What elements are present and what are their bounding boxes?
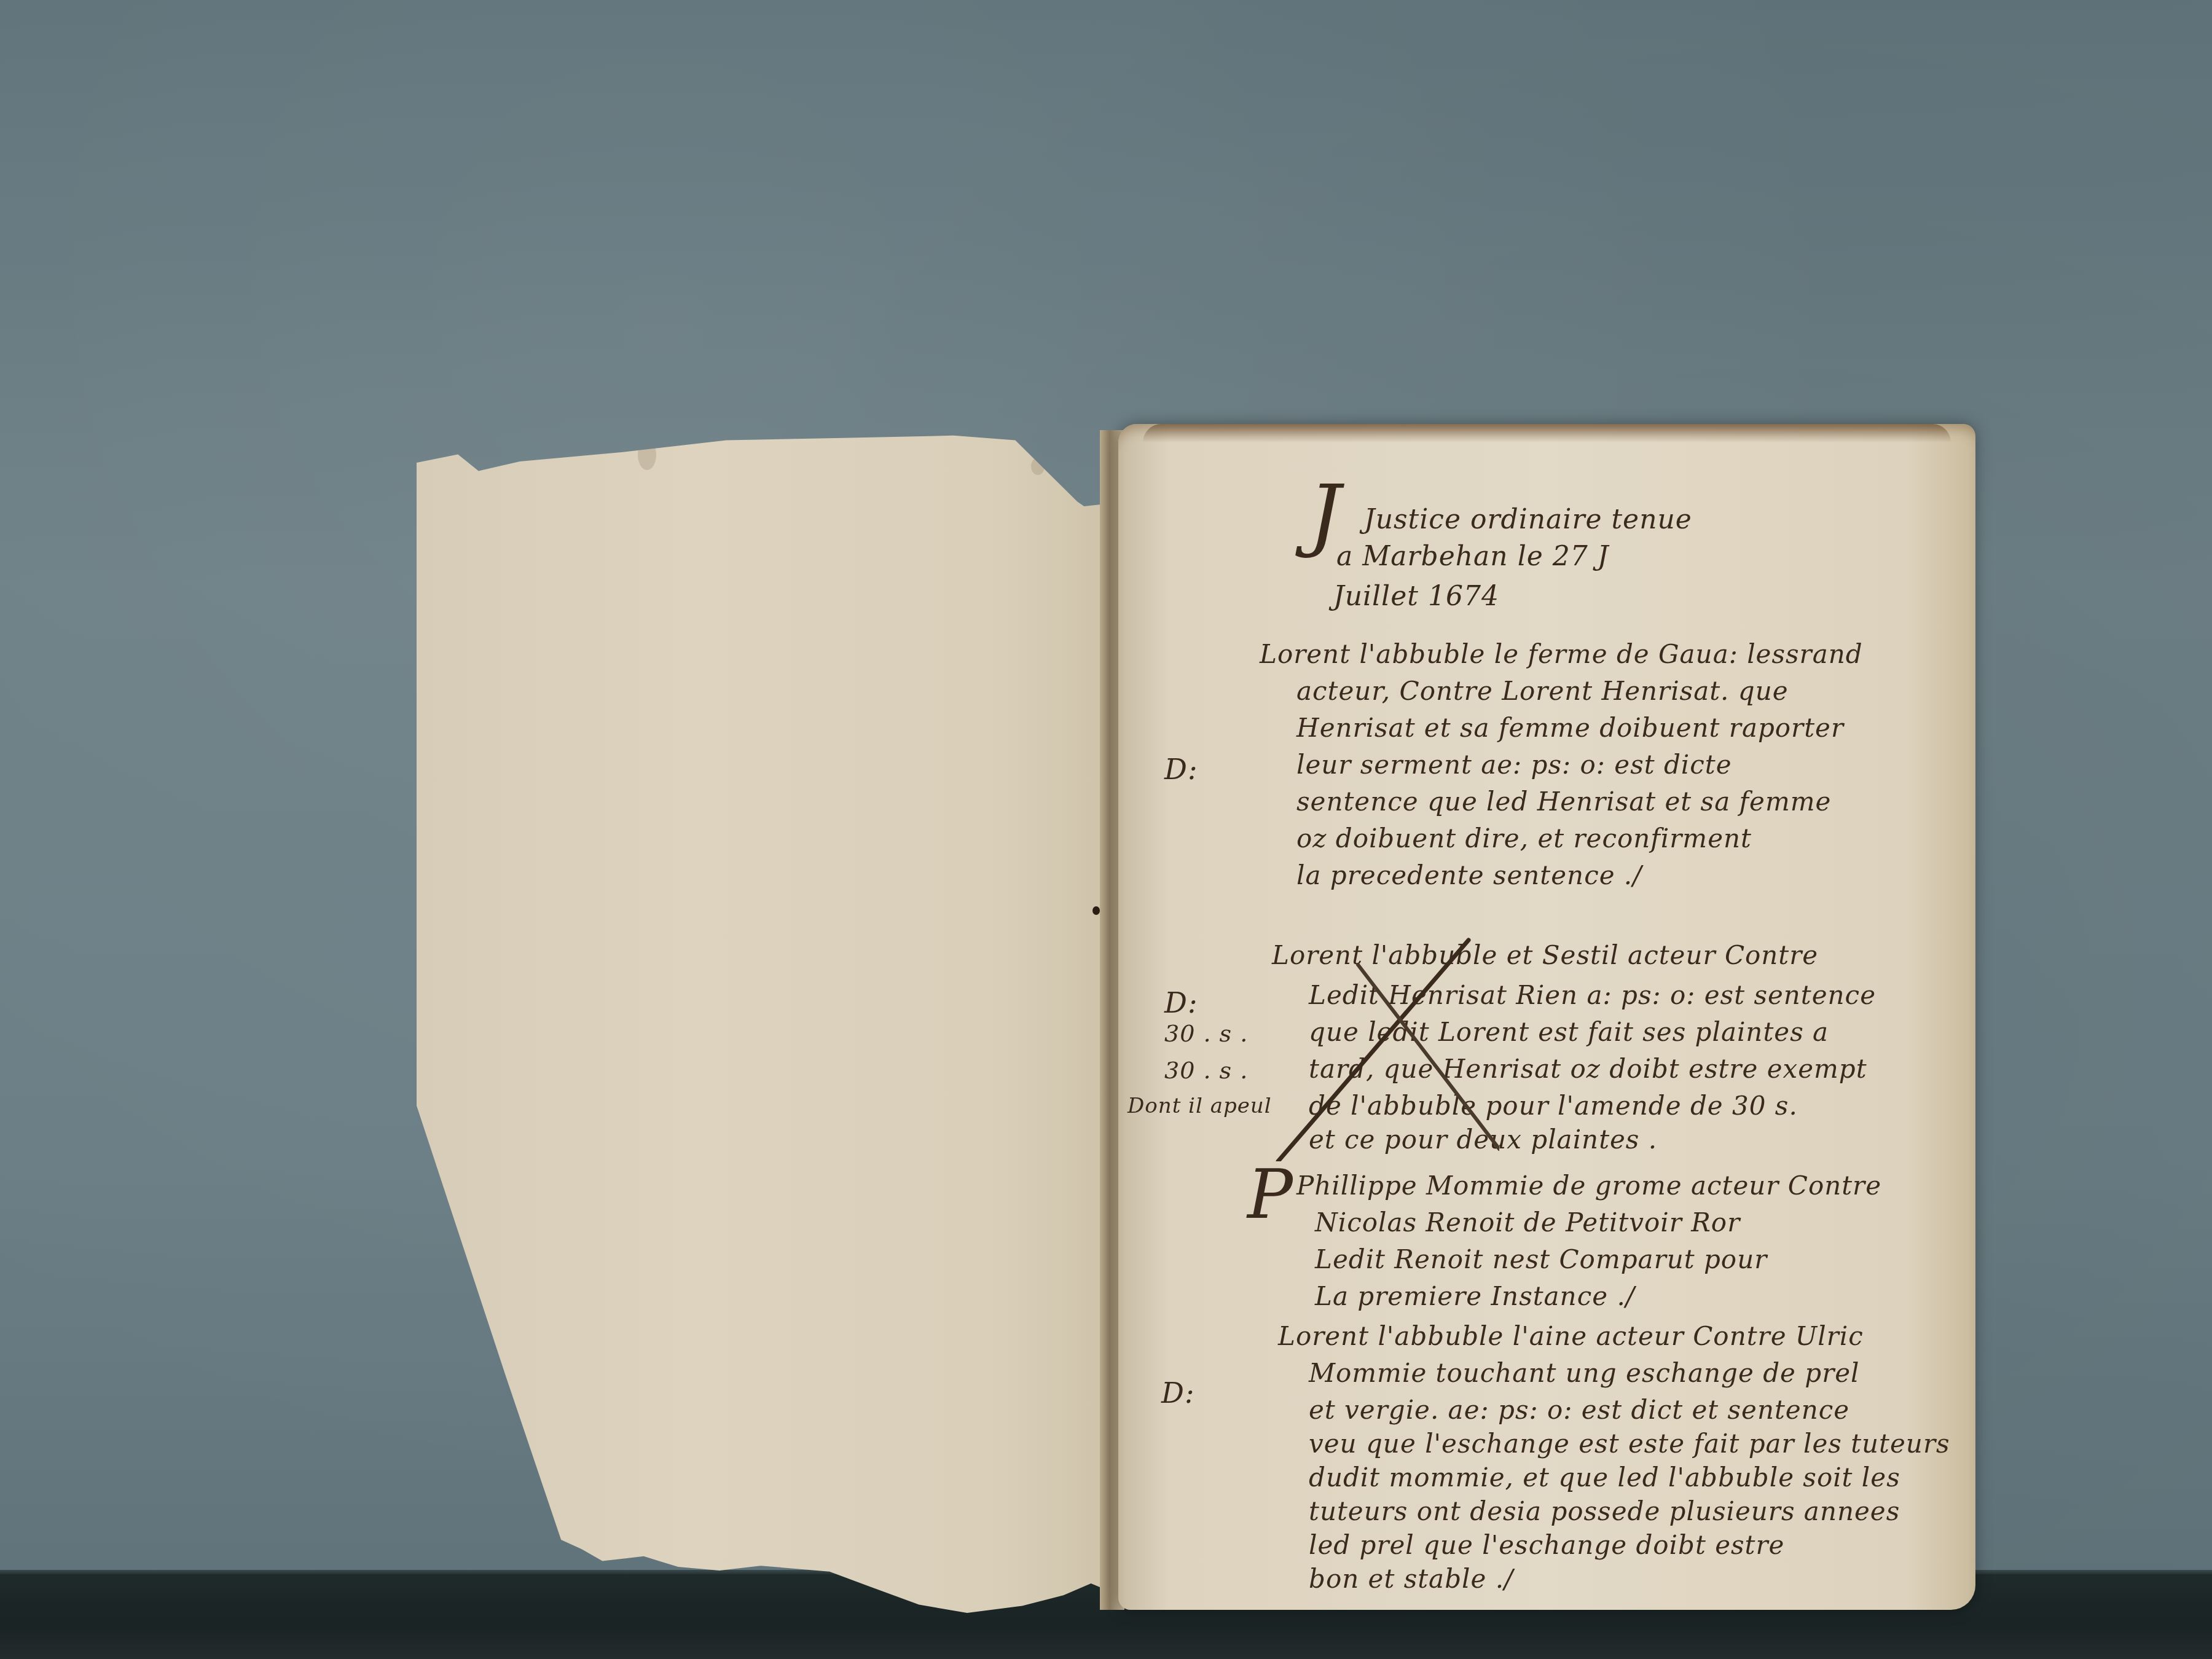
entry-2-line: tard, que Henrisat oz doibt estre exempt: [1309, 1054, 1867, 1084]
entry-1-margin-note: D:: [1164, 753, 1198, 786]
entry-1-line: oz doibuent dire, et reconfirment: [1296, 823, 1752, 853]
entry-4-line: Mommie touchant ung eschange de prel: [1309, 1358, 1860, 1388]
entry-3-line: Phillippe Mommie de grome acteur Contre: [1296, 1171, 1881, 1201]
entry-1-line: Henrisat et sa femme doibuent raporter: [1296, 713, 1844, 743]
entry-4-line: led prel que l'eschange doibt estre: [1309, 1530, 1784, 1560]
entry-4-line: bon et stable ./: [1309, 1564, 1513, 1594]
entry-4-margin-note: D:: [1161, 1376, 1194, 1410]
entry-3-initial: P: [1247, 1155, 1293, 1234]
entry-2-line: Lorent l'abbuble et Sestil acteur Contre: [1272, 940, 1818, 970]
entry-2-line: que ledit Lorent est fait ses plaintes a: [1309, 1017, 1829, 1047]
entry-1-line: sentence que led Henrisat et sa femme: [1296, 786, 1831, 817]
entry-2-line: et ce pour deux plaintes .: [1309, 1124, 1657, 1155]
entry-4-line: et vergie. ae: ps: o: est dict et senten…: [1309, 1395, 1849, 1425]
worm-hole: [1092, 906, 1100, 915]
entry-3-line: La premiere Instance ./: [1315, 1281, 1635, 1311]
heading-line-1: Justice ordinaire tenue: [1364, 504, 1692, 535]
entry-4-line: Lorent l'abbuble l'aine acteur Contre Ul…: [1278, 1321, 1864, 1351]
entry-1-line: Lorent l'abbuble le ferme de Gaua: lessr…: [1260, 639, 1863, 669]
entry-1-line: la precedente sentence ./: [1296, 860, 1642, 890]
entry-2-margin-fine-2: 30 . s .: [1164, 1057, 1248, 1084]
entry-4-line: tuteurs ont desia possede plusieurs anne…: [1309, 1496, 1900, 1526]
entry-2-margin-fine-1: 30 . s .: [1164, 1020, 1248, 1047]
heading-line-2: a Marbehan le 27 J: [1336, 541, 1609, 572]
entry-1-line: leur serment ae: ps: o: est dicte: [1296, 750, 1732, 780]
entry-2-line: de l'abbuble pour l'amende de 30 s.: [1309, 1091, 1798, 1121]
entry-4-line: dudit mommie, et que led l'abbuble soit …: [1309, 1462, 1900, 1492]
entry-2-margin-d: D:: [1164, 986, 1198, 1019]
entry-2-margin-appeal: Dont il apeul: [1128, 1094, 1272, 1118]
page-top-stain: [1143, 424, 1951, 442]
heading-line-3: Juillet 1674: [1333, 581, 1499, 612]
entry-3-line: Nicolas Renoit de Petitvoir Ror: [1315, 1207, 1740, 1237]
entry-2-line: Ledit Henrisat Rien a: ps: o: est senten…: [1309, 980, 1876, 1010]
entry-1-line: acteur, Contre Lorent Henrisat. que: [1296, 676, 1789, 706]
entry-4-line: veu que l'eschange est este fait par les…: [1309, 1429, 1950, 1459]
entry-3-line: Ledit Renoit nest Comparut pour: [1315, 1244, 1767, 1274]
